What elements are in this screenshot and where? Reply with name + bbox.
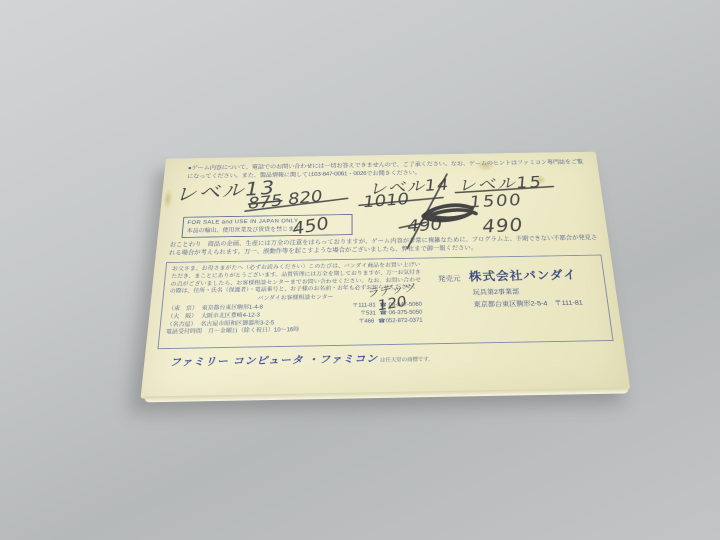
publisher-address: 東京都台東区駒形2-5-4 〒111-81 bbox=[473, 297, 604, 309]
photo-background: ●ゲーム内容について、電話でのお問い合わせには一切お答えできませんので、ご了承く… bbox=[0, 0, 720, 540]
handwritten-490-right: 490 bbox=[481, 215, 524, 237]
publisher-row: 発売元 株式会社バンダイ bbox=[437, 265, 600, 285]
famicom-logo-text: ファミリー コンピュータ ・ファミコン bbox=[169, 351, 378, 370]
publisher-label: 発売元 bbox=[438, 274, 461, 284]
famicom-trademark-line: ファミリー コンピュータ ・ファミコン は任天堂の商標です。 bbox=[169, 350, 434, 370]
publisher-division: 玩具第2事業部 bbox=[472, 285, 602, 297]
office-postal: 〒466 bbox=[358, 318, 374, 326]
manual-back-cover: ●ゲーム内容について、電話でのお問い合わせには一切お答えできませんので、ご了承く… bbox=[140, 152, 630, 399]
disclaimer-paragraph: おことわり 商品の企画、生産には万全の注意をはらっておりますが、ゲーム内容が非常… bbox=[168, 234, 599, 258]
handwritten-1500: 1500 bbox=[469, 190, 524, 211]
nintendo-trademark-note: は任天堂の商標です。 bbox=[380, 355, 434, 363]
manual-card: ●ゲーム内容について、電話でのお問い合わせには一切お答えできませんので、ご了承く… bbox=[140, 152, 630, 399]
office-phone: ☎052-872-0371 bbox=[378, 317, 423, 326]
publisher-name: 株式会社バンダイ bbox=[468, 265, 578, 284]
publisher-column: 発売元 株式会社バンダイ 玩具第2事業部 東京都台東区駒形2-5-4 〒111-… bbox=[426, 255, 613, 343]
paper-stain bbox=[162, 189, 173, 209]
